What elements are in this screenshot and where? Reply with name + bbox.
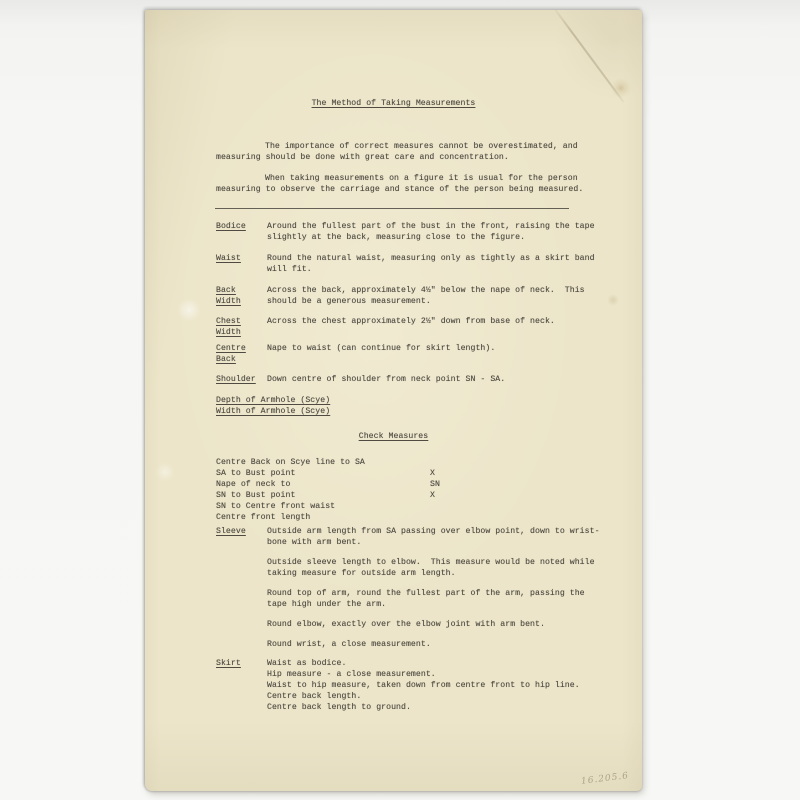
text-line: Nape to waist (can continue for skirt le… (267, 343, 617, 354)
description-paragraph: Round wrist, a close measurement. (267, 639, 617, 650)
text-line: taking measure for outside arm length. (267, 568, 617, 579)
description-paragraph: Across the chest approximately 2½" down … (267, 316, 617, 327)
check-measure-row: SA to Bust pointX (216, 468, 440, 479)
text-line: Round the natural waist, measuring only … (267, 253, 617, 264)
description-paragraph: Waist as bodice.Hip measure - a close me… (267, 658, 617, 713)
archive-number-note: 16.205.6 (581, 771, 630, 787)
term-description: Across the back, approximately 4½" below… (267, 285, 617, 316)
term-label: Skirt (216, 658, 241, 669)
term-label-text: Centre (216, 344, 246, 353)
scan-background: The Method of Taking Measurements The im… (0, 0, 800, 800)
text-line: Waist to hip measure, taken down from ce… (267, 680, 617, 691)
term-label: Depth of Armhole (Scye)Width of Armhole … (216, 395, 330, 417)
term-label: BackWidth (216, 285, 241, 307)
check-measure-name: Centre front length (216, 512, 430, 523)
check-measure-row: SN to Centre front waist (216, 501, 440, 512)
term-label-text: Shoulder (216, 375, 256, 384)
document-paper: The Method of Taking Measurements The im… (145, 10, 642, 791)
term-label-line: Waist (216, 253, 241, 264)
check-measure-name: Nape of neck to (216, 479, 430, 490)
text-line: When taking measurements on a figure it … (216, 173, 602, 184)
description-paragraph: Nape to waist (can continue for skirt le… (267, 343, 617, 354)
term-label: Waist (216, 253, 241, 264)
description-paragraph: Round elbow, exactly over the elbow join… (267, 619, 617, 630)
intro-paragraph: When taking measurements on a figure it … (216, 173, 602, 195)
text-line: measuring to observe the carriage and st… (216, 184, 602, 195)
term-description: Around the fullest part of the bust in t… (267, 221, 617, 252)
term-description: Outside arm length from SA passing over … (267, 526, 617, 659)
term-description: Across the chest approximately 2½" down … (267, 316, 617, 336)
check-measure-row: Centre front length (216, 512, 440, 523)
intro-section: The importance of correct measures canno… (216, 141, 602, 205)
term-label: ChestWidth (216, 316, 241, 338)
check-measure-name: Centre Back on Scye line to SA (216, 457, 430, 468)
term-label-text: Depth of Armhole (Scye) (216, 396, 330, 405)
term-label-line: Sleeve (216, 526, 246, 537)
check-measures-list: Centre Back on Scye line to SASA to Bust… (216, 457, 440, 523)
description-paragraph: Round top of arm, round the fullest part… (267, 588, 617, 610)
check-measure-row: SN to Bust pointX (216, 490, 440, 501)
term-label-text: Bodice (216, 222, 246, 231)
check-measure-row: Centre Back on Scye line to SA (216, 457, 440, 468)
description-paragraph: Around the fullest part of the bust in t… (267, 221, 617, 243)
text-line: Outside arm length from SA passing over … (267, 526, 617, 537)
text-line: will fit. (267, 264, 617, 275)
check-measure-name: SN to Centre front waist (216, 501, 430, 512)
check-measure-value: X (430, 469, 435, 478)
text-line: Centre back length. (267, 691, 617, 702)
term-label-text: Waist (216, 254, 241, 263)
term-label-line: Bodice (216, 221, 246, 232)
term-label-line: Centre (216, 343, 246, 354)
term-label-text: Chest (216, 317, 241, 326)
text-line: Round wrist, a close measurement. (267, 639, 617, 650)
page-title: The Method of Taking Measurements (145, 99, 642, 108)
description-paragraph: Round the natural waist, measuring only … (267, 253, 617, 275)
text-line: measuring should be done with great care… (216, 152, 602, 163)
text-line: Round elbow, exactly over the elbow join… (267, 619, 617, 630)
fold-crease-top-right (554, 9, 624, 103)
term-label-line: Skirt (216, 658, 241, 669)
text-line: bone with arm bent. (267, 537, 617, 548)
term-label-line: Depth of Armhole (Scye) (216, 395, 330, 406)
term-label-text: Skirt (216, 659, 241, 668)
term-label: CentreBack (216, 343, 246, 365)
term-description: Waist as bodice.Hip measure - a close me… (267, 658, 617, 722)
description-paragraph: Down centre of shoulder from neck point … (267, 374, 617, 385)
term-label-text: Sleeve (216, 527, 246, 536)
term-label: Sleeve (216, 526, 246, 537)
description-paragraph: Outside arm length from SA passing over … (267, 526, 617, 548)
text-line: Around the fullest part of the bust in t… (267, 221, 617, 232)
description-paragraph: Across the back, approximately 4½" below… (267, 285, 617, 307)
check-measure-name: SN to Bust point (216, 490, 430, 501)
text-line: Across the chest approximately 2½" down … (267, 316, 617, 327)
term-label-line: Back (216, 354, 246, 365)
term-label: Shoulder (216, 374, 256, 385)
check-measures-heading-text: Check Measures (359, 432, 429, 441)
term-label-text: Back (216, 286, 236, 295)
text-line: tape high under the arm. (267, 599, 617, 610)
term-label-line: Chest (216, 316, 241, 327)
check-measure-value: SN (430, 480, 440, 489)
text-line: Across the back, approximately 4½" below… (267, 285, 617, 296)
check-measure-row: Nape of neck toSN (216, 479, 440, 490)
text-line: Outside sleeve length to elbow. This mea… (267, 557, 617, 568)
term-description: Round the natural waist, measuring only … (267, 253, 617, 284)
page-title-text: The Method of Taking Measurements (312, 99, 476, 108)
term-label-text: Width (216, 328, 241, 337)
term-label-text: Width of Armhole (Scye) (216, 407, 330, 416)
text-line: Round top of arm, round the fullest part… (267, 588, 617, 599)
text-line: should be a generous measurement. (267, 296, 617, 307)
text-line: Centre back length to ground. (267, 702, 617, 713)
term-label-line: Width of Armhole (Scye) (216, 406, 330, 417)
check-measure-name: SA to Bust point (216, 468, 430, 479)
text-line: Waist as bodice. (267, 658, 617, 669)
term-label-line: Width (216, 296, 241, 307)
text-line: Hip measure - a close measurement. (267, 669, 617, 680)
term-label-text: Width (216, 297, 241, 306)
term-label-line: Width (216, 327, 241, 338)
term-label: Bodice (216, 221, 246, 232)
intro-paragraph: The importance of correct measures canno… (216, 141, 602, 163)
description-paragraph: Outside sleeve length to elbow. This mea… (267, 557, 617, 579)
divider-line (215, 208, 569, 209)
text-line: slightly at the back, measuring close to… (267, 232, 617, 243)
check-measures-heading: Check Measures (145, 432, 642, 441)
term-description: Down centre of shoulder from neck point … (267, 374, 617, 394)
term-label-line: Shoulder (216, 374, 256, 385)
check-measure-value: X (430, 491, 435, 500)
text-line: The importance of correct measures canno… (216, 141, 602, 152)
term-label-text: Back (216, 355, 236, 364)
text-line: Down centre of shoulder from neck point … (267, 374, 617, 385)
term-label-line: Back (216, 285, 241, 296)
term-description: Nape to waist (can continue for skirt le… (267, 343, 617, 363)
